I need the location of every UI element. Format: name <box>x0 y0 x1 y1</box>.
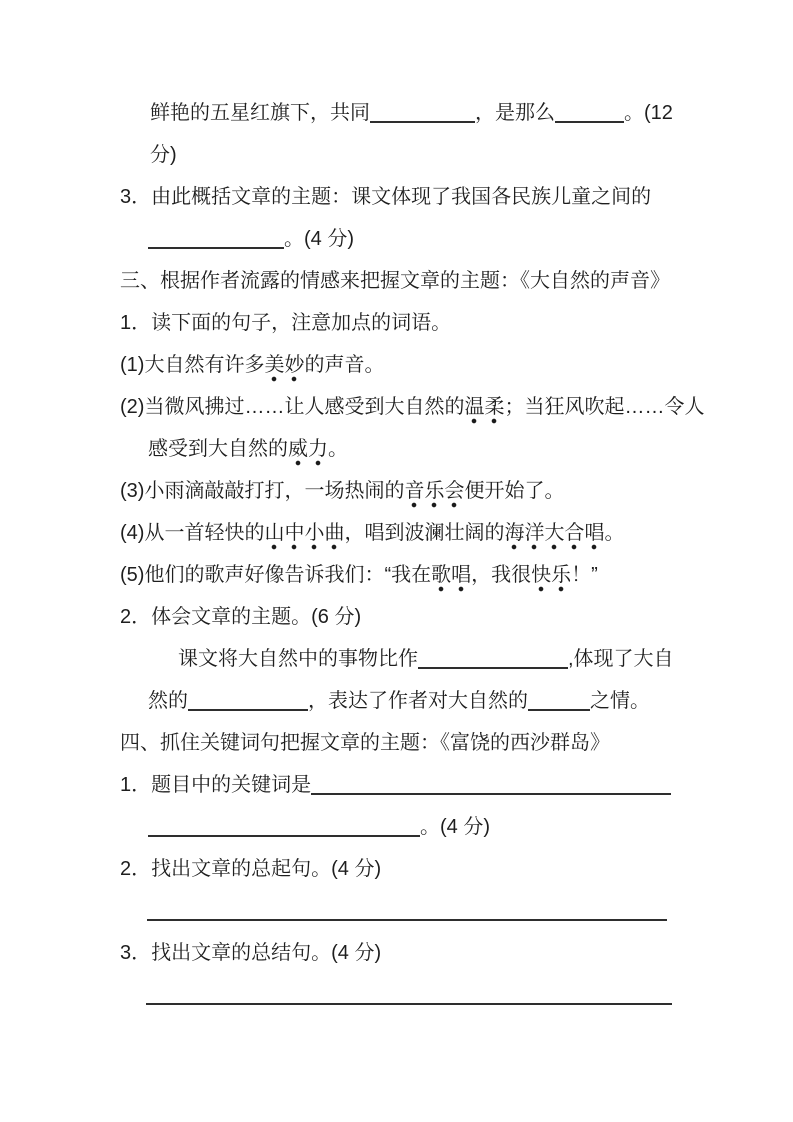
document-body: 鲜艳的五星红旗下，共同，是那么。(12分)3．由此概括文章的主题：课文体现了我国… <box>120 92 680 1016</box>
emphasized-word: 山中小曲 <box>264 522 344 550</box>
answer-blank <box>148 815 420 837</box>
section3-item2: 2．体会文章的主题。(6 分) <box>120 596 680 638</box>
sentence-5: (5)他们的歌声好像告诉我们：“我在歌唱，我很快乐！” <box>120 554 680 596</box>
text-segment: ，我很 <box>471 564 531 586</box>
answer-blank <box>311 773 671 795</box>
answer-blank <box>370 101 475 123</box>
item2-continuation-line1: 鲜艳的五星红旗下，共同，是那么。(12 <box>150 92 680 134</box>
item3-answer-blank-line: 。(4 分) <box>148 218 680 260</box>
section4-item3-answer-line <box>146 974 680 1016</box>
sentence-2-line1: (2)当微风拂过……让人感受到大自然的温柔；当狂风吹起……令人 <box>120 386 680 428</box>
text-segment: 1．读下面的句子，注意加点的词语。 <box>120 312 451 334</box>
text-segment: 。 <box>328 438 348 460</box>
sentence-4: (4)从一首轻快的山中小曲，唱到波澜壮阔的海洋大合唱。 <box>120 512 680 554</box>
text-segment: 然的 <box>148 690 188 712</box>
section3-item2-fill-line2: 然的，表达了作者对大自然的之情。 <box>148 680 680 722</box>
text-segment: (1)大自然有许多 <box>120 354 264 376</box>
emphasized-word: 快乐 <box>531 564 571 592</box>
text-segment: 2．体会文章的主题。(6 分) <box>120 606 361 628</box>
text-segment: (4)从一首轻快的 <box>120 522 264 544</box>
emphasized-word: 美妙 <box>264 354 304 382</box>
text-segment: 三、根据作者流露的情感来把握文章的主题：《大自然的声音》 <box>120 270 670 292</box>
text-segment: 1．题目中的关键词是 <box>120 774 311 796</box>
text-segment: 之情。 <box>590 690 650 712</box>
text-segment: (5)他们的歌声好像告诉我们：“我在 <box>120 564 431 586</box>
text-segment: 3．找出文章的总结句。(4 分) <box>120 942 381 964</box>
text-segment: 鲜艳的五星红旗下，共同 <box>150 102 370 124</box>
answer-blank <box>528 689 590 711</box>
section3-item2-fill-line1: 课文将大自然中的事物比作,体现了大自 <box>178 638 680 680</box>
text-segment: ；当狂风吹起……令人 <box>504 396 704 418</box>
text-segment: 课文将大自然中的事物比作 <box>178 648 418 670</box>
item2-continuation-line2: 分) <box>150 134 680 176</box>
text-segment: 感受到大自然的 <box>148 438 288 460</box>
text-segment: 便开始了。 <box>464 480 564 502</box>
text-segment: ，是那么 <box>475 102 555 124</box>
answer-blank <box>146 983 672 1005</box>
answer-blank <box>188 689 308 711</box>
emphasized-word: 威力 <box>288 438 328 466</box>
text-segment: ！” <box>571 564 598 586</box>
text-segment: 四、抓住关键词句把握文章的主题：《富饶的西沙群岛》 <box>120 732 610 754</box>
text-segment: 分) <box>150 144 177 166</box>
text-segment: ,体现了大自 <box>568 648 674 670</box>
worksheet-page: 鲜艳的五星红旗下，共同，是那么。(12分)3．由此概括文章的主题：课文体现了我国… <box>0 0 793 1122</box>
text-segment: 的声音。 <box>304 354 384 376</box>
answer-blank <box>418 647 568 669</box>
text-segment: 。 <box>604 522 624 544</box>
answer-blank <box>147 899 667 921</box>
section4-item2-answer-line <box>147 890 680 932</box>
emphasized-word: 音乐会 <box>404 480 464 508</box>
text-segment: 。(4 分) <box>284 228 354 250</box>
answer-blank <box>148 227 284 249</box>
sentence-1: (1)大自然有许多美妙的声音。 <box>120 344 680 386</box>
text-segment: ，表达了作者对大自然的 <box>308 690 528 712</box>
emphasized-word: 温柔 <box>464 396 504 424</box>
item3-question: 3．由此概括文章的主题：课文体现了我国各民族儿童之间的 <box>120 176 680 218</box>
sentence-3: (3)小雨滴敲敲打打，一场热闹的音乐会便开始了。 <box>120 470 680 512</box>
section4-item3: 3．找出文章的总结句。(4 分) <box>120 932 680 974</box>
section4-item1-line2: 。(4 分) <box>148 806 680 848</box>
section4-item1: 1．题目中的关键词是 <box>120 764 680 806</box>
answer-blank <box>555 101 624 123</box>
section4-heading: 四、抓住关键词句把握文章的主题：《富饶的西沙群岛》 <box>120 722 680 764</box>
text-segment: 3．由此概括文章的主题：课文体现了我国各民族儿童之间的 <box>120 186 651 208</box>
emphasized-word: 歌唱 <box>431 564 471 592</box>
sentence-2-line2: 感受到大自然的威力。 <box>148 428 680 470</box>
text-segment: 。(4 分) <box>420 816 490 838</box>
text-segment: (3)小雨滴敲敲打打，一场热闹的 <box>120 480 404 502</box>
text-segment: (2)当微风拂过……让人感受到大自然的 <box>120 396 464 418</box>
text-segment: 2．找出文章的总起句。(4 分) <box>120 858 381 880</box>
text-segment: ，唱到波澜壮阔的 <box>344 522 504 544</box>
section3-item1: 1．读下面的句子，注意加点的词语。 <box>120 302 680 344</box>
section3-heading: 三、根据作者流露的情感来把握文章的主题：《大自然的声音》 <box>120 260 680 302</box>
text-segment: 。(12 <box>624 102 673 124</box>
emphasized-word: 海洋大合唱 <box>504 522 604 550</box>
section4-item2: 2．找出文章的总起句。(4 分) <box>120 848 680 890</box>
